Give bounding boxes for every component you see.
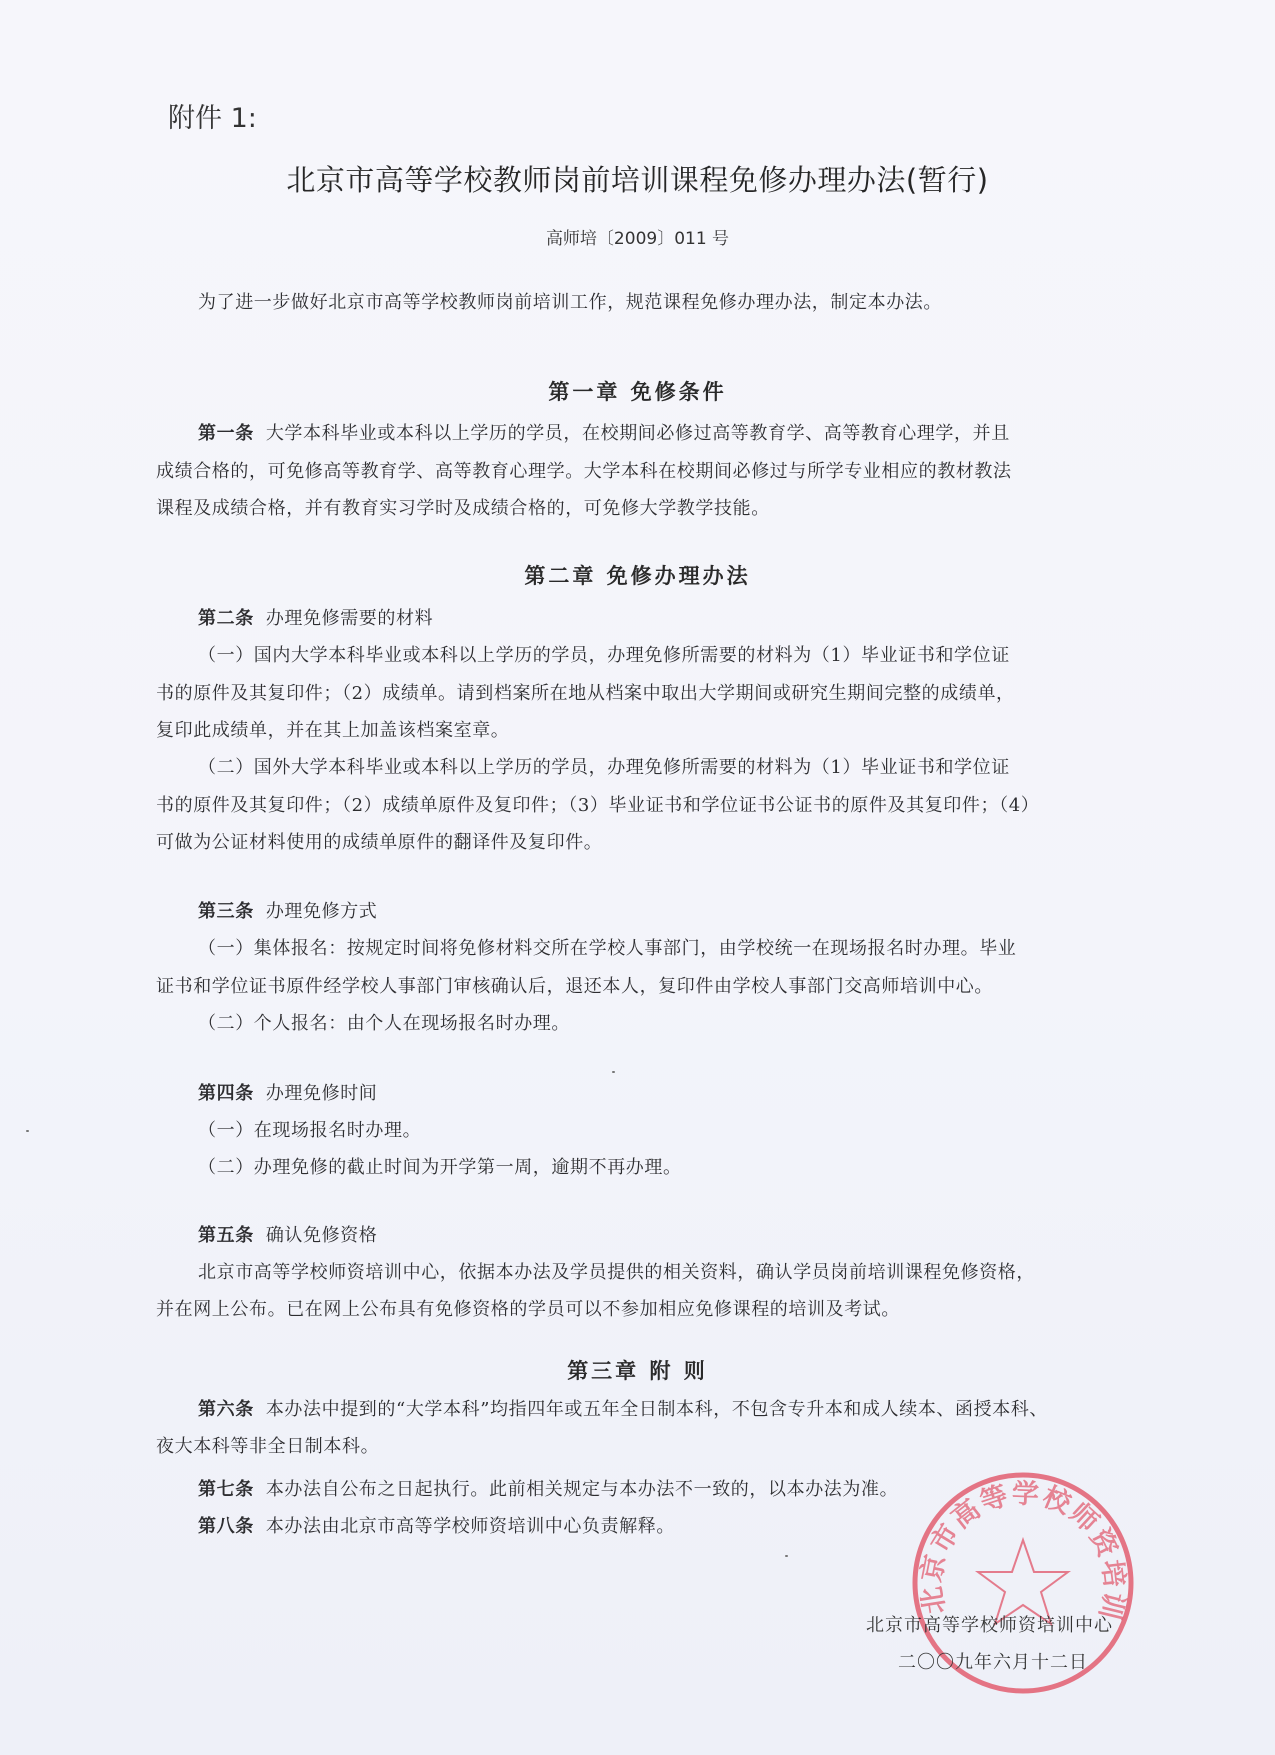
- article-5-line-2: 并在网上公布。已在网上公布具有免修资格的学员可以不参加相应免修课程的培训及考试。: [156, 1299, 900, 1321]
- article-5-line-1: 北京市高等学校师资培训中心，依据本办法及学员提供的相关资料，确认学员岗前培训课程…: [198, 1262, 1035, 1284]
- article-2-label: 第二条: [198, 608, 254, 629]
- chapter-3-heading: 第三章 附 则: [0, 1355, 1275, 1385]
- article-6-line-2: 夜大本科等非全日制本科。: [156, 1436, 379, 1458]
- article-2-item-2-line-2: 书的原件及其复印件；（2）成绩单原件及复印件；（3）毕业证书和学位证书公证书的原…: [156, 795, 1039, 817]
- article-3-label: 第三条: [198, 901, 254, 922]
- article-3-item-1-line-1: （一）集体报名：按规定时间将免修材料交所在学校人事部门，由学校统一在现场报名时办…: [198, 938, 1016, 960]
- scan-speck: [785, 1555, 788, 1557]
- article-5-label: 第五条: [198, 1225, 254, 1246]
- signing-organization: 北京市高等学校师资培训中心: [866, 1611, 1113, 1637]
- article-1-line-3: 课程及成绩合格，并有教育实习学时及成绩合格的，可免修大学教学技能。: [156, 498, 770, 520]
- article-2-item-1-line-1: （一）国内大学本科毕业或本科以上学历的学员，办理免修所需要的材料为（1）毕业证书…: [198, 645, 1010, 667]
- document-title: 北京市高等学校教师岗前培训课程免修办理办法(暂行): [0, 158, 1275, 199]
- article-8-label: 第八条: [198, 1516, 254, 1537]
- article-4-label: 第四条: [198, 1083, 254, 1104]
- article-2-item-2-line-3: 可做为公证材料使用的成绩单原件的翻译件及复印件。: [156, 832, 602, 854]
- document-number: 高师培〔2009〕011 号: [0, 224, 1275, 249]
- article-7: 第七条本办法自公布之日起执行。此前相关规定与本办法不一致的，以本办法为准。: [198, 1479, 898, 1501]
- article-3-item-1-line-2: 证书和学位证书原件经学校人事部门审核确认后，退还本人，复印件由学校人事部门交高师…: [156, 976, 993, 998]
- article-6-label: 第六条: [198, 1399, 254, 1420]
- svg-text:北京市高等学校师资培训中心: 北京市高等学校师资培训中心: [908, 1468, 1131, 1624]
- article-1-label: 第一条: [198, 423, 254, 444]
- scan-speck: [612, 1071, 615, 1073]
- scanned-document-page: 附件 1: 北京市高等学校教师岗前培训课程免修办理办法(暂行) 高师培〔2009…: [0, 0, 1275, 1755]
- preamble: 为了进一步做好北京市高等学校教师岗前培训工作，规范课程免修办理办法，制定本办法。: [198, 292, 942, 314]
- article-3-item-2: （二）个人报名：由个人在现场报名时办理。: [198, 1013, 570, 1035]
- article-4-item-2: （二）办理免修的截止时间为开学第一周，逾期不再办理。: [198, 1157, 682, 1179]
- article-8: 第八条本办法由北京市高等学校师资培训中心负责解释。: [198, 1516, 675, 1538]
- article-2-item-1-line-2: 书的原件及其复印件；（2）成绩单。请到档案所在地从档案中取出大学期间或研究生期间…: [156, 683, 1015, 705]
- article-2-item-2-line-1: （二）国外大学本科毕业或本科以上学历的学员，办理免修所需要的材料为（1）毕业证书…: [198, 757, 1010, 779]
- scan-speck: [26, 1130, 29, 1132]
- chapter-1-heading: 第一章 免修条件: [0, 376, 1275, 406]
- article-4-heading: 第四条办理免修时间: [198, 1083, 377, 1105]
- attachment-label: 附件 1:: [168, 96, 257, 135]
- article-2-item-1-line-3: 复印此成绩单，并在其上加盖该档案室章。: [156, 720, 509, 742]
- article-1-line-2: 成绩合格的，可免修高等教育学、高等教育心理学。大学本科在校期间必修过与所学专业相…: [156, 461, 1012, 483]
- article-4-item-1: （一）在现场报名时办理。: [198, 1120, 421, 1142]
- article-5-heading: 第五条确认免修资格: [198, 1225, 377, 1247]
- article-7-label: 第七条: [198, 1479, 254, 1500]
- article-6-line-1: 第六条本办法中提到的“大学本科”均指四年或五年全日制本科，不包含专升本和成人续本…: [198, 1399, 1048, 1421]
- signing-date: 二〇〇九年六月十二日: [898, 1648, 1088, 1674]
- article-2-heading: 第二条办理免修需要的材料: [198, 608, 433, 630]
- chapter-2-heading: 第二章 免修办理办法: [0, 560, 1275, 590]
- article-3-heading: 第三条办理免修方式: [198, 901, 377, 923]
- article-1-line-1: 第一条大学本科毕业或本科以上学历的学员，在校期间必修过高等教育学、高等教育心理学…: [198, 423, 1010, 445]
